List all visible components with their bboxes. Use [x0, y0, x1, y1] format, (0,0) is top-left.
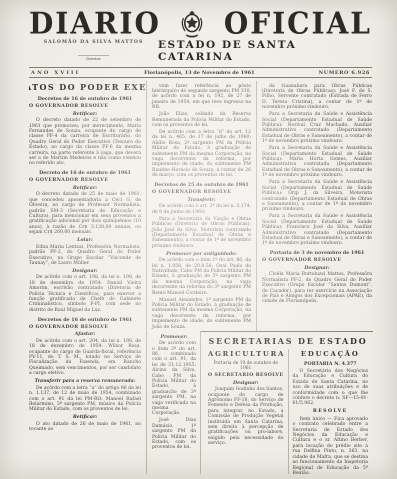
masthead-title-row: DIARIO OFICIAL	[29, 9, 372, 39]
decree-paragraph: Para a Secretaria da Saúde e Assistência…	[262, 112, 372, 144]
agricultura-title: AGRICULTURA	[208, 350, 284, 358]
educacao-column: EDUCAÇÃO PORTARIA N. 4.377 O Secretário …	[288, 349, 373, 474]
decree-date-heading: Decretos de 16 de outubro de 1961	[29, 96, 141, 102]
decree-date-heading: Decretos de 25 de outubro de 1961	[152, 182, 251, 188]
decree-paragraph: O ato datado de 26 de maio de 1961, no t…	[29, 422, 141, 433]
decree-paragraph: Para a Secretaria da Viação e Obras Públ…	[152, 217, 251, 249]
column-right: da Guanabara para Obras Públicas (Direto…	[257, 81, 373, 331]
action-heading: Promover:	[152, 335, 196, 340]
action-heading: Lotar:	[29, 238, 141, 243]
resolve-heading: O SECRETARIO RESOLVE	[208, 373, 284, 378]
column-left: ATOS DO PODER EXECUTIVO Decretos de 16 d…	[29, 81, 146, 474]
decree-paragraph: De acôrdo com a letra “a” do artigo 86 d…	[29, 386, 141, 413]
right-bottom-row: Promover: De acôrdo com o item 2º do art…	[147, 331, 373, 474]
decree-paragraph: da Guanabara para Obras Públicas (Direto…	[262, 84, 372, 111]
resolve-heading: RESOLVE	[293, 409, 369, 414]
edition-numero: NUMERO 6.926	[319, 70, 370, 76]
decree-paragraph: Item único — Fica aprovado o contrato ce…	[293, 417, 369, 474]
right-area: vem fazer referência ao pôsto hierárquic…	[146, 81, 373, 474]
agricultura-portaria-date: Portaria de 19 de outubro de 1961	[208, 361, 284, 371]
gazette-page: DIARIO OFICIAL SALOMÃO DA SILVA MATTOS D…	[0, 0, 397, 479]
edition-date: Florianópolis, 13 de Novembro de 1961	[144, 70, 254, 76]
masthead: DIARIO OFICIAL SALOMÃO DA SILVA MATTOS D…	[0, 0, 397, 78]
masthead-title-oficial: OFICIAL	[224, 9, 372, 39]
secretarias-columns: AGRICULTURA Portaria de 19 de outubro de…	[204, 349, 372, 474]
atos-section-title: ATOS DO PODER EXECUTIVO	[29, 82, 146, 92]
masthead-title-diario: DIARIO	[29, 9, 161, 39]
resolve-heading: O GOVERNADOR RESOLVE	[29, 104, 141, 109]
decree-date-heading: Decretos de 16 de outubro de 1961	[29, 317, 141, 323]
resolve-heading: O GOVERNADOR RESOLVE	[262, 258, 372, 263]
action-heading: Transferir:	[152, 198, 251, 203]
right-top-row: vem fazer referência ao pôsto hierárquic…	[147, 81, 373, 331]
decree-paragraph: Cloêla Maria Bortoluzzi Mattos, Professô…	[262, 272, 372, 304]
decree-paragraph: Para a Secretaria da Saúde e Assistência…	[262, 214, 372, 246]
masthead-subtitle-row: SALOMÃO DA SILVA MATTOS Diretor ESTADO D…	[29, 40, 372, 64]
edition-ano: ANO XVIII	[31, 70, 80, 76]
decree-date-heading: Portaria de 3 de novembro de 1961	[262, 250, 372, 256]
action-heading: Retificar:	[29, 112, 141, 117]
director-label: Diretor	[78, 55, 109, 61]
decree-paragraph: O Secretário dos Negócios da Educação e …	[293, 369, 369, 407]
decree-paragraph: De acôrdo com o art. 2º da lei n. 3.174,…	[152, 204, 251, 215]
director-block: SALOMÃO DA SILVA MATTOS Diretor	[29, 40, 158, 64]
action-heading: Designar:	[208, 381, 284, 386]
agricultura-column: AGRICULTURA Portaria de 19 de outubro de…	[204, 349, 288, 474]
decree-paragraph: De acôrdo com a letra “d” do art. 12 da …	[152, 130, 251, 179]
action-heading: Designar:	[262, 266, 372, 271]
decree-paragraph: De acôrdo com o art. 204, da lei n. 198,…	[29, 339, 141, 377]
body-columns: ATOS DO PODER EXECUTIVO Decretos de 16 d…	[0, 78, 397, 474]
resolve-heading: O GOVERNADOR RESOLVE	[29, 325, 141, 330]
decree-paragraph: O decreto datado de 25 de maio de 1961, …	[29, 192, 141, 235]
decree-paragraph: Para a Secretaria da Saúde e Assistência…	[262, 180, 372, 212]
secretarias-section-title: SECRETARIAS DE ESTADO	[204, 336, 372, 346]
masthead-subtitle: ESTADO DE SANTA CATARINA	[158, 39, 372, 63]
column-middle: vem fazer referência ao pôsto hierárquic…	[147, 81, 257, 331]
secretarias-section: SECRETARIAS DE ESTADO AGRICULTURA Portar…	[201, 331, 373, 474]
column-middle-continuation: Promover: De acôrdo com o item 2º do art…	[147, 331, 201, 474]
decree-paragraph: vem fazer referência ao pôsto hierárquic…	[152, 84, 251, 111]
action-heading: Afastar:	[29, 332, 141, 337]
decree-paragraph: De acôrdo com o item 2º do art. 86, comb…	[152, 341, 196, 417]
action-heading: Designar:	[29, 269, 141, 274]
decree-paragraph: Joaquim Godinho dos Santos, ocupante do …	[208, 387, 284, 446]
decree-paragraph: De acôrdo com o item 1º do art. 86, da l…	[152, 258, 251, 296]
action-heading: Retificar:	[29, 415, 141, 420]
decree-paragraph: João Elias, soldado da Reserva Remunerad…	[152, 112, 251, 128]
decree-paragraph: De acôrdo com o art. 198, da lei n. 198,…	[29, 275, 141, 313]
decree-paragraph: José Dias Damásio, 1º sargento PM da Pol…	[152, 418, 196, 450]
decree-paragraph: O decreto datado de 22 de setembro de 19…	[29, 118, 141, 167]
action-heading: Promover por antiguidade:	[152, 252, 251, 257]
coat-of-arms-icon	[177, 9, 207, 39]
decree-date-heading: Decreto de 16 de outubro de 1961	[29, 170, 141, 176]
action-heading: Retificar:	[29, 186, 141, 191]
edition-info-bar: ANO XVIII Florianópolis, 13 de Novembro …	[29, 67, 372, 78]
educacao-portaria-number: PORTARIA N. 4.377	[293, 361, 369, 367]
decree-paragraph: Edna Maria Lentzal, Professôra Normalist…	[29, 245, 141, 267]
resolve-heading: O GOVERNADOR RESOLVE	[152, 190, 251, 195]
decree-paragraph: Manoel Alexandre, 1º sargento PM da Polí…	[152, 298, 251, 330]
educacao-title: EDUCAÇÃO	[293, 350, 369, 358]
action-heading: Transferir para a reserva remunerada:	[29, 379, 141, 384]
resolve-heading: O GOVERNADOR RESOLVE	[29, 178, 141, 183]
decree-paragraph: Para a Secretaria da Saúde e Assistência…	[262, 146, 372, 178]
